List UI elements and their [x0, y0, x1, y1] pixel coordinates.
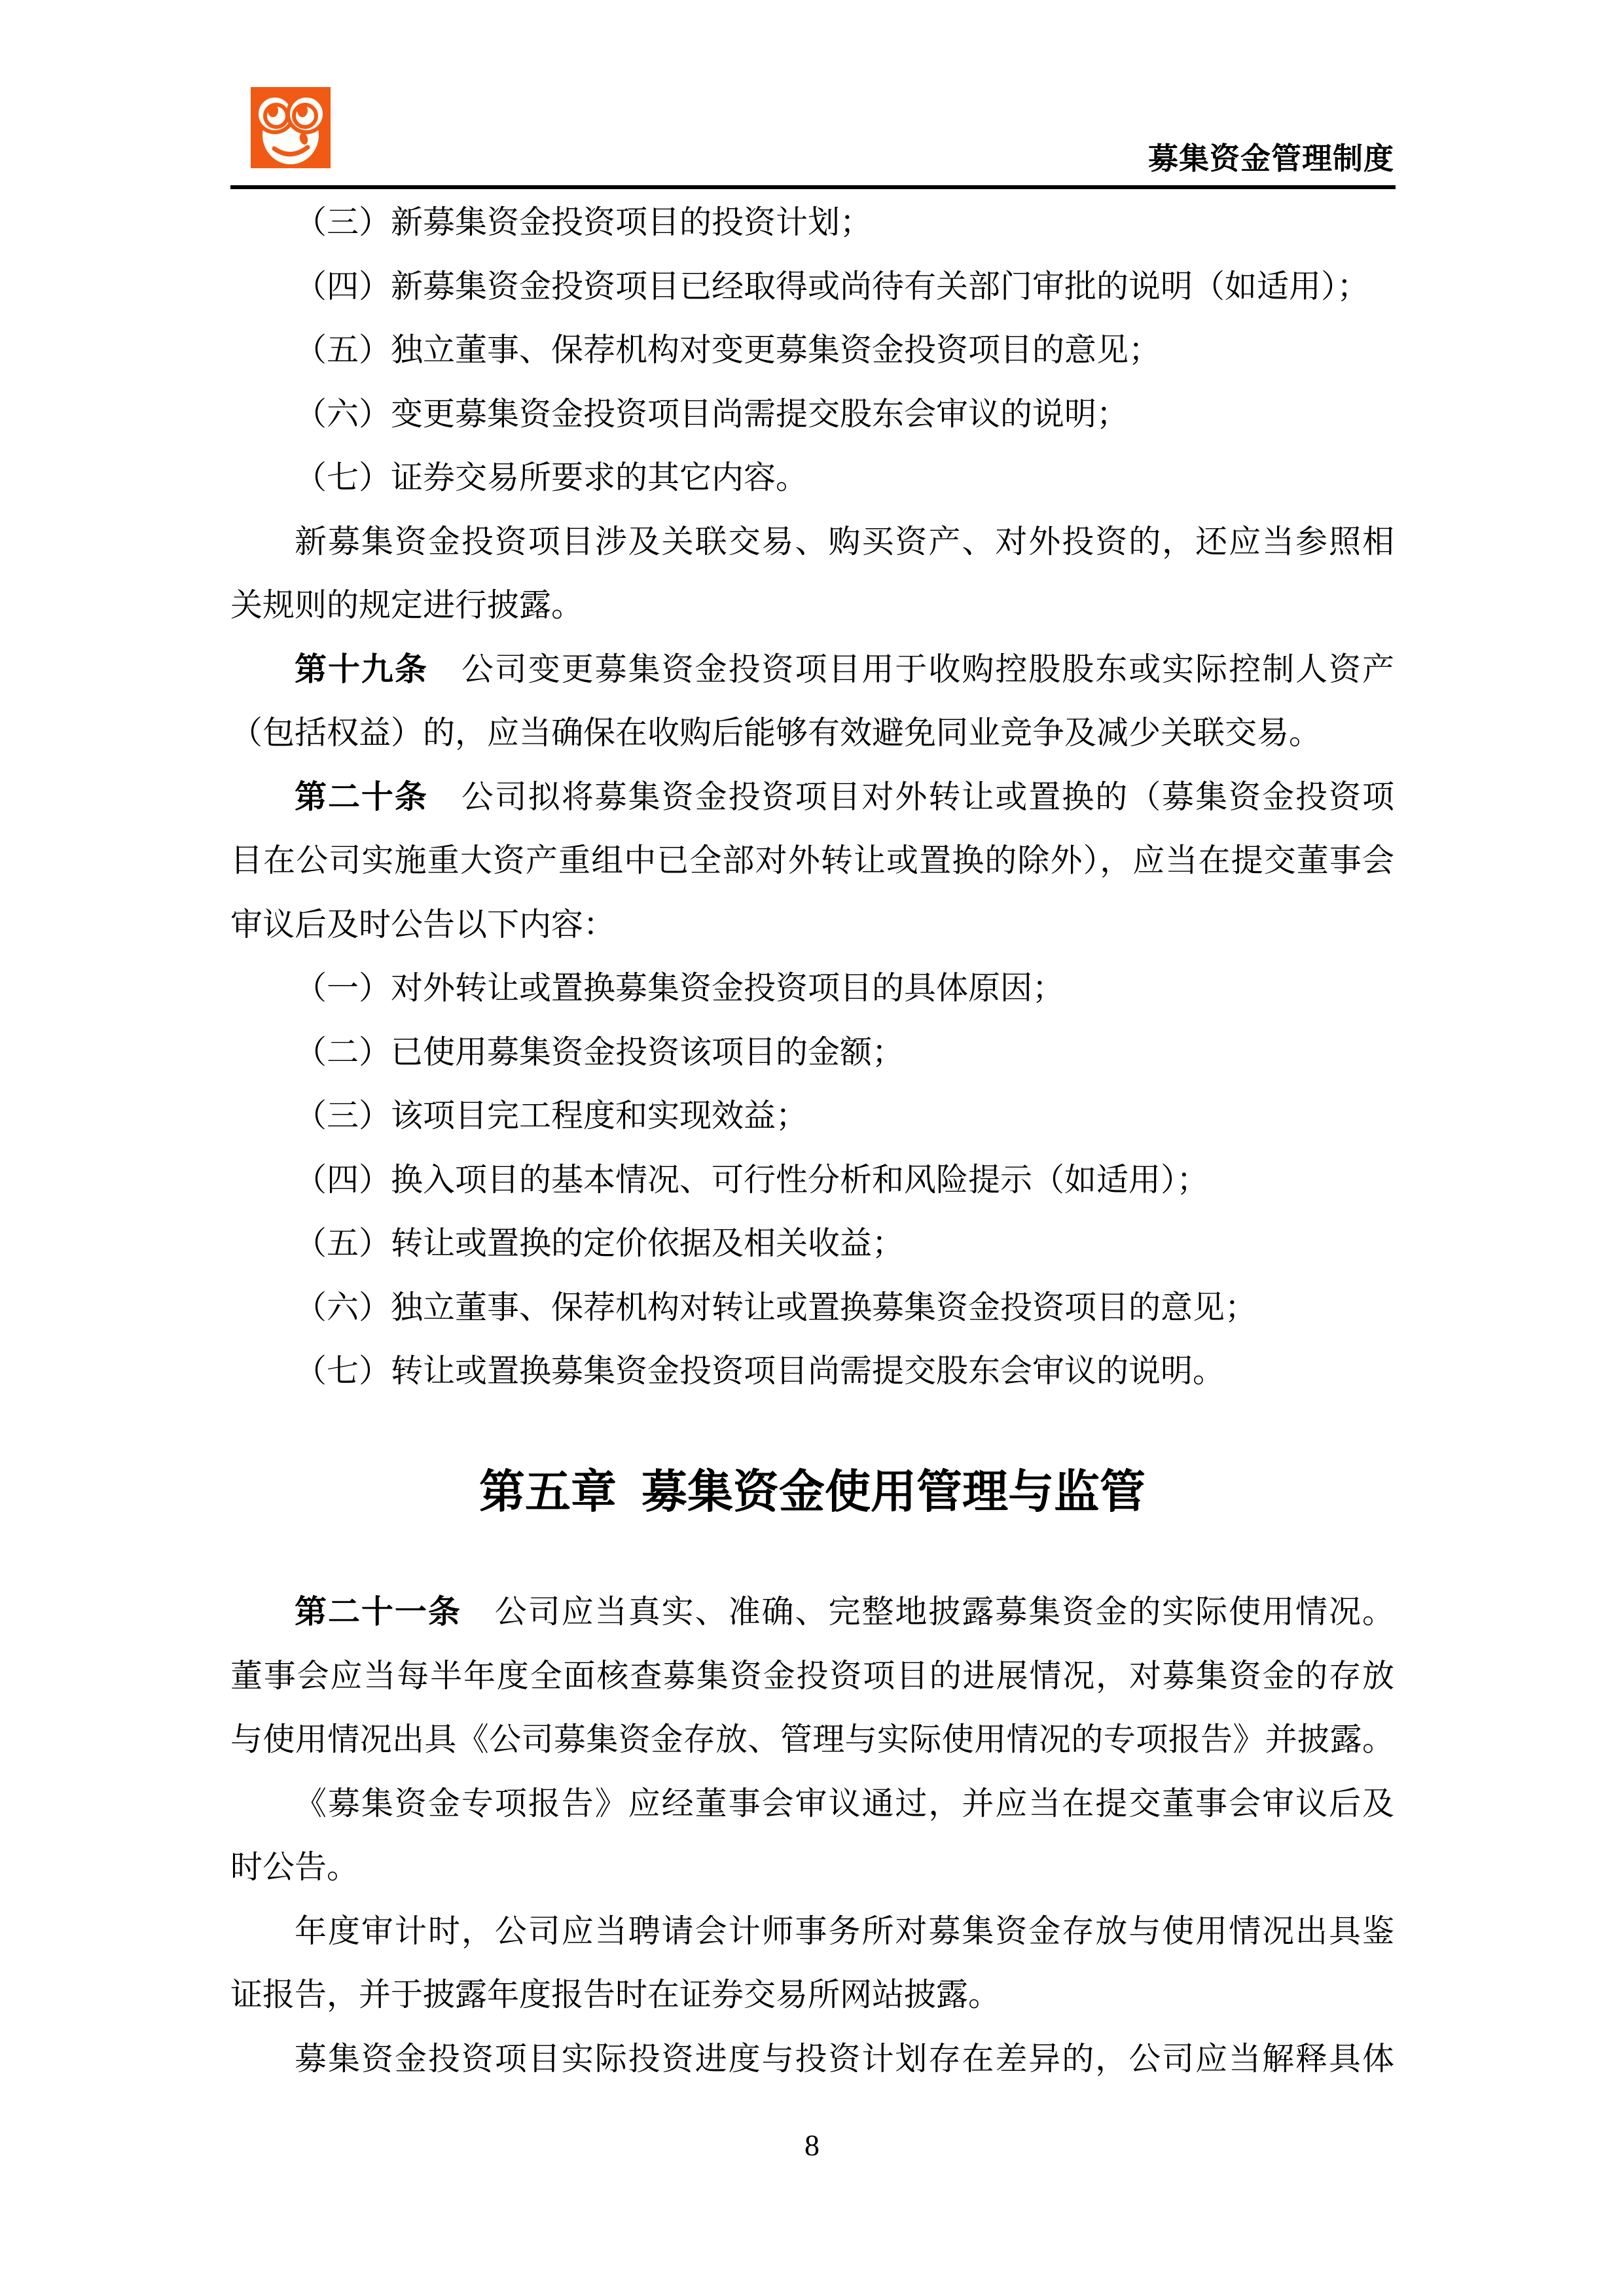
body-text: 公司应当真实、准确、完整地披露募集资金的实际使用情况。: [461, 1594, 1394, 1630]
body-line: （三）新募集资金投资项目的投资计划；: [230, 190, 1394, 255]
body-line: （一）对外转让或置换募集资金投资项目的具体原因；: [230, 956, 1394, 1020]
body-line: 第十九条 公司变更募集资金投资项目用于收购控股股东或实际控制人资产: [230, 637, 1394, 702]
body-text: （七）证券交易所要求的其它内容。: [295, 459, 808, 495]
body-text: （一）对外转让或置换募集资金投资项目的具体原因；: [295, 970, 1064, 1006]
body-line: 董事会应当每半年度全面核查募集资金投资项目的进展情况，对募集资金的存放: [230, 1644, 1394, 1708]
body-text: 公司变更募集资金投资项目用于收购控股股东或实际控制人资产: [428, 651, 1394, 687]
body-line: 新募集资金投资项目涉及关联交易、购买资产、对外投资的，还应当参照相: [230, 510, 1394, 574]
body-line: 年度审计时，公司应当聘请会计师事务所对募集资金存放与使用情况出具鉴: [230, 1899, 1394, 1964]
body-text: （四）换入项目的基本情况、可行性分析和风险提示（如适用）；: [295, 1162, 1209, 1198]
body-section-1: （三）新募集资金投资项目的投资计划；（四）新募集资金投资项目已经取得或尚待有关部…: [230, 190, 1394, 1403]
body-text: （四）新募集资金投资项目已经取得或尚待有关部门审批的说明（如适用）；: [295, 268, 1369, 304]
body-text: （二）已使用募集资金投资该项目的金额；: [295, 1034, 904, 1070]
body-line: 时公告。: [230, 1835, 1394, 1899]
body-text: 募集资金投资项目实际投资进度与投资计划存在差异的，公司应当解释具体: [295, 2041, 1394, 2077]
chapter-title: 募集资金使用管理与监管: [641, 1466, 1146, 1517]
body-line: 《募集资金专项报告》应经董事会审议通过，并应当在提交董事会审议后及: [230, 1772, 1394, 1836]
page-number: 8: [0, 2126, 1624, 2165]
body-section-2: 第二十一条 公司应当真实、准确、完整地披露募集资金的实际使用情况。董事会应当每半…: [230, 1580, 1394, 2090]
body-text: （包括权益）的，应当确保在收购后能够有效避免同业竞争及减少关联交易。: [230, 715, 1321, 751]
body-text: 新募集资金投资项目涉及关联交易、购买资产、对外投资的，还应当参照相: [295, 524, 1394, 560]
body-text: 与使用情况出具《公司募集资金存放、管理与实际使用情况的专项报告》并披露。: [230, 1721, 1394, 1757]
chapter-number: 第五章: [479, 1466, 617, 1517]
article-number: 第二十条: [295, 779, 428, 815]
body-line: 第二十一条 公司应当真实、准确、完整地披露募集资金的实际使用情况。: [230, 1580, 1394, 1644]
body-text: 关规则的规定进行披露。: [230, 587, 583, 623]
body-line: 证报告，并于披露年度报告时在证券交易所网站披露。: [230, 1963, 1394, 2027]
document-page: 募集资金管理制度 （三）新募集资金投资项目的投资计划；（四）新募集资金投资项目已…: [0, 0, 1624, 2296]
body-text: 公司拟将募集资金投资项目对外转让或置换的（募集资金投资项: [428, 779, 1394, 815]
article-number: 第二十一条: [295, 1594, 461, 1630]
body-text: 目在公司实施重大资产重组中已全部对外转让或置换的除外），应当在提交董事会: [230, 842, 1394, 878]
body-text: （七）转让或置换募集资金投资项目尚需提交股东会审议的说明。: [295, 1353, 1225, 1389]
body-line: 关规则的规定进行披露。: [230, 573, 1394, 637]
body-text: 证报告，并于披露年度报告时在证券交易所网站披露。: [230, 1977, 1000, 2013]
body-text: 《募集资金专项报告》应经董事会审议通过，并应当在提交董事会审议后及: [295, 1785, 1394, 1821]
body-line: （四）换入项目的基本情况、可行性分析和风险提示（如适用）；: [230, 1148, 1394, 1212]
body-text: （六）变更募集资金投资项目尚需提交股东会审议的说明；: [295, 396, 1128, 432]
body-line: （四）新募集资金投资项目已经取得或尚待有关部门审批的说明（如适用）；: [230, 255, 1394, 319]
body-line: （包括权益）的，应当确保在收购后能够有效避免同业竞争及减少关联交易。: [230, 701, 1394, 765]
body-line: （五）独立董事、保荐机构对变更募集资金投资项目的意见；: [230, 318, 1394, 382]
body-text: 年度审计时，公司应当聘请会计师事务所对募集资金存放与使用情况出具鉴: [295, 1913, 1394, 1949]
body-text: （三）该项目完工程度和实现效益；: [295, 1098, 808, 1134]
header-rule: [230, 185, 1396, 189]
body-line: 募集资金投资项目实际投资进度与投资计划存在差异的，公司应当解释具体: [230, 2027, 1394, 2091]
body-text: 审议后及时公告以下内容：: [230, 906, 615, 942]
body-line: （三）该项目完工程度和实现效益；: [230, 1084, 1394, 1148]
header-document-title: 募集资金管理制度: [230, 141, 1394, 175]
body-line: （六）独立董事、保荐机构对转让或置换募集资金投资项目的意见；: [230, 1276, 1394, 1340]
body-text: （五）独立董事、保荐机构对变更募集资金投资项目的意见；: [295, 332, 1161, 368]
body-line: （六）变更募集资金投资项目尚需提交股东会审议的说明；: [230, 382, 1394, 446]
body-text: （五）转让或置换的定价依据及相关收益；: [295, 1225, 904, 1261]
body-line: 目在公司实施重大资产重组中已全部对外转让或置换的除外），应当在提交董事会: [230, 829, 1394, 893]
body-line: （二）已使用募集资金投资该项目的金额；: [230, 1020, 1394, 1085]
chapter-heading: 第五章募集资金使用管理与监管: [230, 1460, 1394, 1524]
body-line: （五）转让或置换的定价依据及相关收益；: [230, 1211, 1394, 1276]
body-text: 董事会应当每半年度全面核查募集资金投资项目的进展情况，对募集资金的存放: [230, 1658, 1394, 1694]
body-text: （三）新募集资金投资项目的投资计划；: [295, 204, 872, 240]
article-number: 第十九条: [295, 651, 428, 687]
body-line: 与使用情况出具《公司募集资金存放、管理与实际使用情况的专项报告》并披露。: [230, 1708, 1394, 1772]
body-text: 时公告。: [230, 1849, 359, 1885]
body-line: 审议后及时公告以下内容：: [230, 893, 1394, 957]
body-line: 第二十条 公司拟将募集资金投资项目对外转让或置换的（募集资金投资项: [230, 765, 1394, 829]
body-line: （七）证券交易所要求的其它内容。: [230, 446, 1394, 510]
body-line: （七）转让或置换募集资金投资项目尚需提交股东会审议的说明。: [230, 1339, 1394, 1403]
body-text: （六）独立董事、保荐机构对转让或置换募集资金投资项目的意见；: [295, 1289, 1257, 1325]
